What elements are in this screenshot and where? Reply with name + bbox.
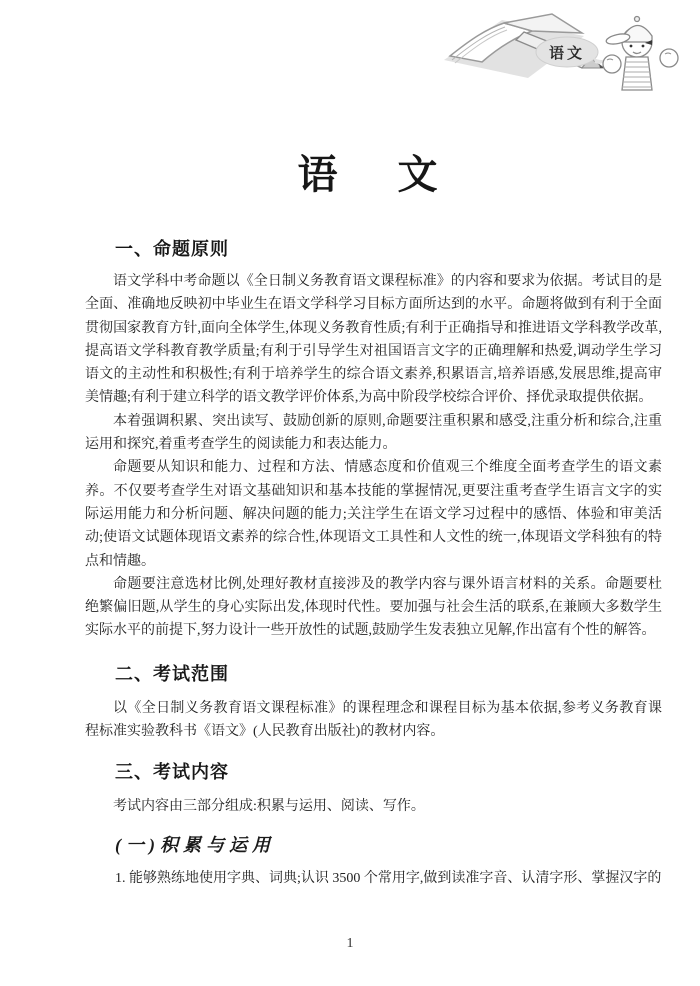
paragraph: 以《全日制义务教育语文课程标准》的课程理念和课程目标为基本依据,参考义务教育课程…: [85, 697, 662, 744]
document-body: 一、命题原则 语文学科中考命题以《全日制义务教育语文课程标准》的内容和要求为依据…: [0, 236, 700, 890]
header-illustration: 语文: [432, 2, 688, 92]
section-heading-1: 一、命题原则: [85, 236, 662, 262]
paragraph: 命题要注意选材比例,处理好教材直接涉及的教学内容与课外语言材料的关系。命题要杜绝…: [85, 573, 662, 643]
paragraph: 命题要从知识和能力、过程和方法、情感态度和价值观三个维度全面考查学生的语文素养。…: [85, 456, 662, 572]
bubble-label: 语文: [538, 42, 596, 63]
numbered-item-1: 1. 能够熟练地使用字典、词典;认识 3500 个常用字,做到读准字音、认清字形…: [85, 867, 662, 890]
boy-illustration: [603, 17, 678, 91]
paragraph: 语文学科中考命题以《全日制义务教育语文课程标准》的内容和要求为依据。考试目的是全…: [85, 270, 662, 410]
paragraph: 本着强调积累、突出读写、鼓励创新的原则,命题要注重积累和感受,注重分析和综合,注…: [85, 410, 662, 457]
section-heading-3: 三、考试内容: [85, 759, 662, 785]
document-page: 语文 语 文 一、命题原则 语文学科中考命题以《全日制义务教育语文课程标准》的内…: [0, 0, 700, 986]
page-number: 1: [0, 936, 700, 952]
section-heading-2: 二、考试范围: [85, 661, 662, 687]
paragraph: 考试内容由三部分组成:积累与运用、阅读、写作。: [85, 795, 662, 818]
subsection-heading-accumulation: (一)积累与运用: [85, 833, 662, 857]
